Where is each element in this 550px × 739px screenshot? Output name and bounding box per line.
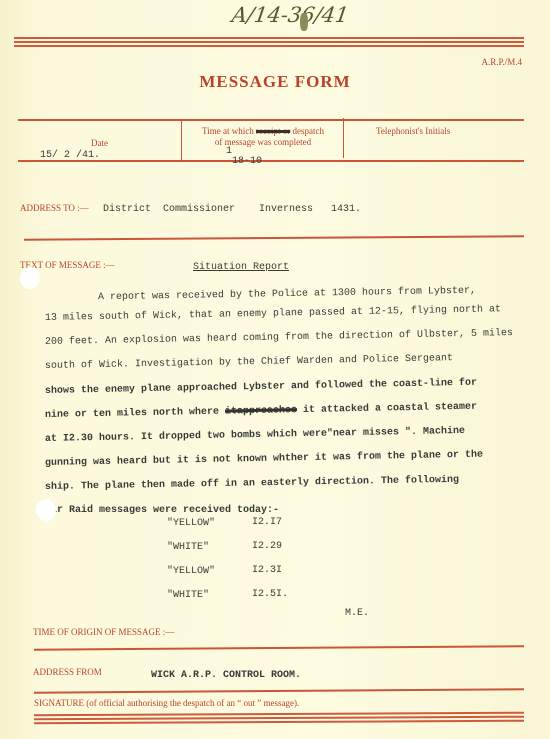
address-from-label: ADDRESS FROM	[33, 667, 102, 677]
message-line: 13 miles south of Wick, that an enemy pl…	[45, 304, 501, 324]
air-raid-colour: "WHITE"	[167, 542, 209, 553]
message-form-paper: A/14-36/41 A.R.P./M.4 MESSAGE FORM Date …	[0, 0, 550, 739]
telephonist-initials-label: Telephonist's Initials	[376, 126, 450, 136]
message-line: nine or ten miles north where itapproach…	[45, 402, 477, 421]
form-title: MESSAGE FORM	[0, 72, 550, 92]
time-of-origin-rule	[34, 645, 524, 650]
form-code: A.R.P./M.4	[481, 57, 522, 67]
column-divider	[343, 118, 344, 158]
struck-receipt-or: receipt or	[256, 126, 290, 136]
top-triple-rule	[14, 37, 524, 49]
handwritten-reference: A/14-36/41	[230, 3, 350, 27]
ink-blot	[300, 13, 308, 31]
address-to-rule	[24, 235, 524, 240]
air-raid-time: I2.I7	[252, 517, 282, 528]
time-completed-label: Time at which receipt or despatch of mes…	[185, 126, 341, 148]
air-raid-time: I2.3I	[252, 565, 282, 576]
struck-text: itapproaches	[225, 405, 297, 417]
message-line: at I2.30 hours. It dropped two bombs whi…	[45, 426, 465, 445]
address-to-label: ADDRESS TO :—	[20, 203, 89, 213]
time-of-origin-label: TIME OF ORIGIN OF MESSAGE :—	[33, 627, 174, 637]
column-divider	[181, 120, 182, 160]
header-top-rule	[18, 119, 524, 121]
message-line: south of Wick. Investigation by the Chie…	[45, 353, 453, 372]
air-raid-colour: "YELLOW"	[167, 518, 215, 529]
message-line: gunning was heard but it is not known wh…	[45, 450, 483, 469]
address-to-value: District Commissioner Inverness 1431.	[103, 204, 361, 215]
punch-hole	[20, 267, 40, 289]
message-heading: Situation Report	[193, 262, 289, 273]
air-raid-colour: "YELLOW"	[167, 566, 215, 577]
message-line: 200 feet. An explosion was heard coming …	[45, 328, 513, 348]
message-line: Air Raid messages were received today:-	[45, 505, 279, 516]
address-from-rule	[34, 688, 524, 693]
punch-hole	[36, 499, 56, 521]
message-line: A report was received by the Police at 1…	[98, 286, 476, 304]
date-label: Date	[91, 138, 108, 148]
date-value: 15/ 2 /41.	[40, 150, 100, 161]
message-line: shows the enemy plane approached Lybster…	[45, 378, 477, 397]
signature-label: SIGNATURE (of official authorising the d…	[34, 698, 299, 708]
time-value: 18-10	[232, 156, 262, 167]
message-line: ship. The plane then made off in an east…	[45, 475, 459, 493]
address-from-value: WICK A.R.P. CONTROL ROOM.	[151, 670, 301, 681]
sender-initials: M.E.	[345, 608, 369, 619]
air-raid-time: I2.29	[252, 541, 282, 552]
air-raid-time: I2.5I.	[252, 589, 288, 600]
bottom-triple-rule	[34, 712, 524, 727]
air-raid-colour: "WHITE"	[167, 590, 209, 601]
